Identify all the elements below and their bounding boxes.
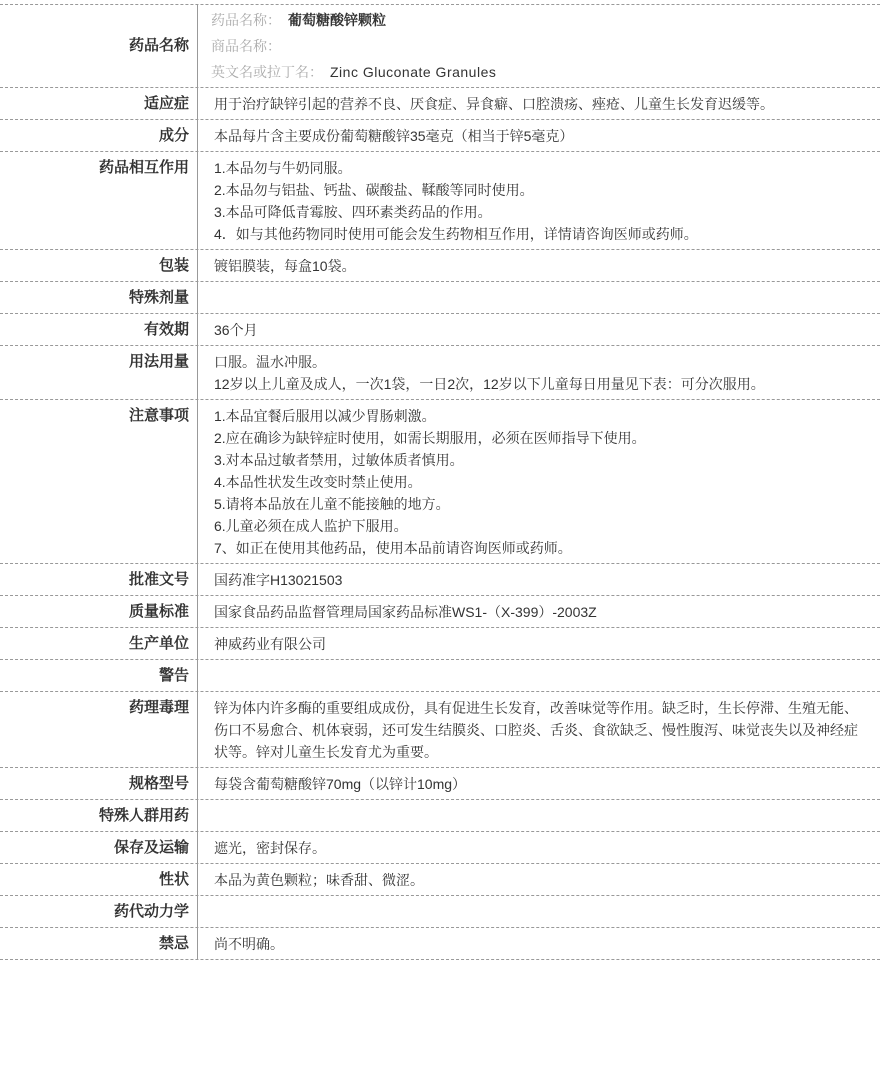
row-content-packaging: 镀铝膜装，每盒10袋。	[198, 250, 880, 281]
row-manufacturer: 生产单位 神威药业有限公司	[0, 628, 880, 660]
text-line: 4.本品性状发生改变时禁止使用。	[214, 471, 858, 493]
text-line: 本品为黄色颗粒；味香甜、微涩。	[214, 869, 858, 891]
row-label-dosage-usage: 用法用量	[0, 346, 198, 399]
row-drug-interactions: 药品相互作用 1.本品勿与牛奶同服。 2.本品勿与铝盐、钙盐、碳酸盐、鞣酸等同时…	[0, 152, 880, 250]
text-line: 4．如与其他药物同时使用可能会发生药物相互作用，详情请咨询医师或药师。	[214, 223, 858, 245]
row-shelf-life: 有效期 36个月	[0, 314, 880, 346]
row-precautions: 注意事项 1.本品宜餐后服用以减少胃肠刺激。 2.应在确诊为缺锌症时使用，如需长…	[0, 400, 880, 564]
text-line: 神威药业有限公司	[214, 633, 858, 655]
row-pharmacokinetics: 药代动力学	[0, 896, 880, 928]
row-label-manufacturer: 生产单位	[0, 628, 198, 659]
row-content-shelf-life: 36个月	[198, 314, 880, 345]
row-contraindications: 禁忌 尚不明确。	[0, 928, 880, 960]
text-line: 用于治疗缺锌引起的营养不良、厌食症、异食癖、口腔溃疡、痤疮、儿童生长发育迟缓等。	[214, 93, 858, 115]
row-content-special-populations	[198, 800, 880, 831]
text-line: 镀铝膜装，每盒10袋。	[214, 255, 858, 277]
row-content-warning	[198, 660, 880, 691]
text-line: 1.本品勿与牛奶同服。	[214, 157, 858, 179]
latin-name-field: 英文名或拉丁名：Zinc Gluconate Granules	[211, 59, 858, 85]
row-label-pharmacology-toxicology: 药理毒理	[0, 692, 198, 767]
row-content-approval-number: 国药准字H13021503	[198, 564, 880, 595]
row-special-dosage: 特殊剂量	[0, 282, 880, 314]
row-content-manufacturer: 神威药业有限公司	[198, 628, 880, 659]
text-line: 本品每片含主要成份葡萄糖酸锌35毫克（相当于锌5毫克）	[214, 125, 858, 147]
text-line: 2.应在确诊为缺锌症时使用，如需长期服用，必须在医师指导下使用。	[214, 427, 858, 449]
row-packaging: 包装 镀铝膜装，每盒10袋。	[0, 250, 880, 282]
text-line: 国药准字H13021503	[214, 569, 858, 591]
row-content-drug-interactions: 1.本品勿与牛奶同服。 2.本品勿与铝盐、钙盐、碳酸盐、鞣酸等同时使用。 3.本…	[198, 152, 880, 249]
row-label-shelf-life: 有效期	[0, 314, 198, 345]
row-label-contraindications: 禁忌	[0, 928, 198, 959]
drug-info-table: 药品名称 药品名称：葡萄糖酸锌颗粒 商品名称： 英文名或拉丁名：Zinc Glu…	[0, 4, 880, 960]
row-approval-number: 批准文号 国药准字H13021503	[0, 564, 880, 596]
row-content-description: 本品为黄色颗粒；味香甜、微涩。	[198, 864, 880, 895]
row-label-pharmacokinetics: 药代动力学	[0, 896, 198, 927]
text-line: 每袋含葡萄糖酸锌70mg（以锌计10mg）	[214, 773, 858, 795]
row-specification: 规格型号 每袋含葡萄糖酸锌70mg（以锌计10mg）	[0, 768, 880, 800]
row-ingredients: 成分 本品每片含主要成份葡萄糖酸锌35毫克（相当于锌5毫克）	[0, 120, 880, 152]
row-description: 性状 本品为黄色颗粒；味香甜、微涩。	[0, 864, 880, 896]
row-label-precautions: 注意事项	[0, 400, 198, 563]
text-line: 12岁以上儿童及成人，一次1袋，一日2次，12岁以下儿童每日用量见下表：可分次服…	[214, 373, 858, 395]
trade-name-field: 商品名称：	[211, 33, 858, 59]
text-line: 6.儿童必须在成人监护下服用。	[214, 515, 858, 537]
text-line: 口服。温水冲服。	[214, 351, 858, 373]
drug-name-field-value: 葡萄糖酸锌颗粒	[288, 12, 386, 28]
row-label-storage-transport: 保存及运输	[0, 832, 198, 863]
text-line: 36个月	[214, 319, 858, 341]
drug-name-content: 药品名称：葡萄糖酸锌颗粒 商品名称： 英文名或拉丁名：Zinc Gluconat…	[198, 5, 880, 87]
row-content-dosage-usage: 口服。温水冲服。 12岁以上儿童及成人，一次1袋，一日2次，12岁以下儿童每日用…	[198, 346, 880, 399]
row-label-drug-interactions: 药品相互作用	[0, 152, 198, 249]
text-line: 2.本品勿与铝盐、钙盐、碳酸盐、鞣酸等同时使用。	[214, 179, 858, 201]
row-label-specification: 规格型号	[0, 768, 198, 799]
row-label-packaging: 包装	[0, 250, 198, 281]
text-line: 锌为体内许多酶的重要组成成份，具有促进生长发育，改善味觉等作用。缺乏时，生长停滞…	[214, 697, 858, 763]
latin-name-field-key: 英文名或拉丁名：	[211, 64, 323, 80]
row-content-indications: 用于治疗缺锌引起的营养不良、厌食症、异食癖、口腔溃疡、痤疮、儿童生长发育迟缓等。	[198, 88, 880, 119]
text-line: 3.对本品过敏者禁用，过敏体质者慎用。	[214, 449, 858, 471]
row-quality-standard: 质量标准 国家食品药品监督管理局国家药品标准WS1-（X-399）-2003Z	[0, 596, 880, 628]
latin-name-field-value: Zinc Gluconate Granules	[330, 64, 496, 80]
text-line: 5.请将本品放在儿童不能接触的地方。	[214, 493, 858, 515]
row-label-ingredients: 成分	[0, 120, 198, 151]
row-content-special-dosage	[198, 282, 880, 313]
row-label-indications: 适应症	[0, 88, 198, 119]
text-line: 7、如正在使用其他药品，使用本品前请咨询医师或药师。	[214, 537, 858, 559]
row-special-populations: 特殊人群用药	[0, 800, 880, 832]
text-line: 尚不明确。	[214, 933, 858, 955]
row-label-special-populations: 特殊人群用药	[0, 800, 198, 831]
row-content-pharmacology-toxicology: 锌为体内许多酶的重要组成成份，具有促进生长发育，改善味觉等作用。缺乏时，生长停滞…	[198, 692, 880, 767]
row-content-quality-standard: 国家食品药品监督管理局国家药品标准WS1-（X-399）-2003Z	[198, 596, 880, 627]
row-label-warning: 警告	[0, 660, 198, 691]
text-line: 3.本品可降低青霉胺、四环素类药品的作用。	[214, 201, 858, 223]
row-label-description: 性状	[0, 864, 198, 895]
drug-name-field-key: 药品名称：	[211, 12, 281, 28]
row-label-quality-standard: 质量标准	[0, 596, 198, 627]
row-label-special-dosage: 特殊剂量	[0, 282, 198, 313]
row-content-ingredients: 本品每片含主要成份葡萄糖酸锌35毫克（相当于锌5毫克）	[198, 120, 880, 151]
text-line: 遮光，密封保存。	[214, 837, 858, 859]
row-dosage-usage: 用法用量 口服。温水冲服。 12岁以上儿童及成人，一次1袋，一日2次，12岁以下…	[0, 346, 880, 400]
text-line: 国家食品药品监督管理局国家药品标准WS1-（X-399）-2003Z	[214, 601, 858, 623]
text-line: 1.本品宜餐后服用以减少胃肠刺激。	[214, 405, 858, 427]
trade-name-field-key: 商品名称：	[211, 38, 281, 54]
row-drug-name: 药品名称 药品名称：葡萄糖酸锌颗粒 商品名称： 英文名或拉丁名：Zinc Glu…	[0, 5, 880, 88]
row-pharmacology-toxicology: 药理毒理 锌为体内许多酶的重要组成成份，具有促进生长发育，改善味觉等作用。缺乏时…	[0, 692, 880, 768]
row-content-contraindications: 尚不明确。	[198, 928, 880, 959]
row-content-pharmacokinetics	[198, 896, 880, 927]
row-label-approval-number: 批准文号	[0, 564, 198, 595]
drug-name-field: 药品名称：葡萄糖酸锌颗粒	[211, 7, 858, 33]
row-content-specification: 每袋含葡萄糖酸锌70mg（以锌计10mg）	[198, 768, 880, 799]
row-content-storage-transport: 遮光，密封保存。	[198, 832, 880, 863]
row-content-precautions: 1.本品宜餐后服用以减少胃肠刺激。 2.应在确诊为缺锌症时使用，如需长期服用，必…	[198, 400, 880, 563]
row-indications: 适应症 用于治疗缺锌引起的营养不良、厌食症、异食癖、口腔溃疡、痤疮、儿童生长发育…	[0, 88, 880, 120]
row-warning: 警告	[0, 660, 880, 692]
row-label-drug-name: 药品名称	[0, 5, 198, 87]
row-storage-transport: 保存及运输 遮光，密封保存。	[0, 832, 880, 864]
